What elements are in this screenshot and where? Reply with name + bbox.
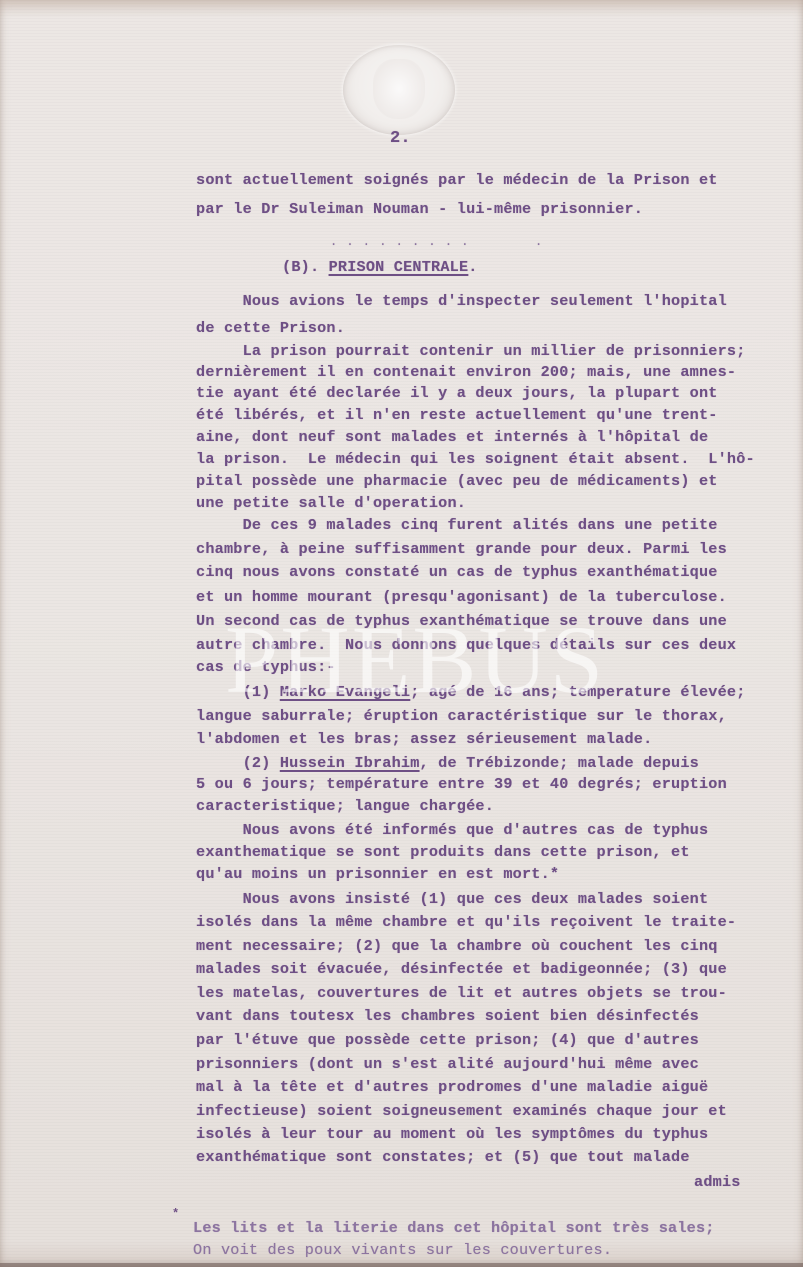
paragraph-line: tie ayant été declarée il y a deux jours… (196, 381, 718, 405)
paragraph-line: les matelas, couvertures de lit et autre… (196, 981, 727, 1005)
paragraph-line: prisonniers (dont un s'est alité aujourd… (196, 1052, 699, 1076)
paragraph-line: qu'au moins un prisonnier en est mort.* (196, 862, 559, 886)
paragraph-line: isolés à leur tour au moment où les symp… (196, 1122, 708, 1146)
paragraph-line: exanthematique se sont produits dans cet… (196, 840, 690, 864)
paragraph-line: Nous avions le temps d'inspecter seuleme… (196, 289, 727, 313)
separator-dots: . . . . . . . . . . (330, 230, 543, 254)
patient-name: Hussein Ibrahim (280, 754, 420, 772)
section-suffix: . (468, 258, 477, 276)
catchword: admis (694, 1170, 741, 1194)
case-details: , de Trébizonde; malade depuis (420, 754, 699, 772)
paragraph-line: De ces 9 malades cinq furent alités dans… (196, 513, 718, 537)
paragraph-line: ment necessaire; (2) que la chambre où c… (196, 934, 718, 958)
paragraph-line: aine, dont neuf sont malades et internés… (196, 425, 708, 449)
paragraph-line: 5 ou 6 jours; température entre 39 et 40… (196, 772, 727, 796)
section-prefix: (B). (282, 258, 329, 276)
embossed-seal-icon (343, 45, 455, 135)
section-heading: (B). PRISON CENTRALE. (282, 255, 478, 279)
document-page: 2. sont actuellement soignés par le méde… (0, 0, 803, 1267)
paragraph-line: l'abdomen et les bras; assez sérieusemen… (196, 727, 652, 751)
paragraph-line: autre chambre. Nous donnons quelques dét… (196, 633, 736, 657)
paragraph-line: infectieuse) soient soigneusement examin… (196, 1099, 727, 1123)
paragraph-line: isolés dans la même chambre et qu'ils re… (196, 910, 736, 934)
footnote-marker: * (172, 1207, 179, 1221)
continuation-line: sont actuellement soignés par le médecin… (196, 168, 718, 192)
patient-name: Marko Evangeli (280, 683, 410, 701)
case-details: ; agé de 16 ans; temperature élevée; (410, 683, 745, 701)
coat-of-arms-icon (373, 59, 425, 119)
page-edge (0, 1263, 803, 1267)
paragraph-line: été libérés, et il n'en reste actuelleme… (196, 403, 718, 427)
paragraph-line: pital possède une pharmacie (avec peu de… (196, 469, 718, 493)
paragraph-line: Nous avons insisté (1) que ces deux mala… (196, 887, 708, 911)
continuation-line: par le Dr Suleiman Nouman - lui-même pri… (196, 197, 643, 221)
footnote-line: On voit des poux vivants sur les couvert… (193, 1238, 612, 1262)
paragraph-line: de cette Prison. (196, 316, 345, 340)
paragraph-line: Nous avons été informés que d'autres cas… (196, 818, 708, 842)
paragraph-line: et un homme mourant (presqu'agonisant) d… (196, 585, 727, 609)
paragraph-line: chambre, à peine suffisamment grande pou… (196, 537, 727, 561)
case-number: (1) (196, 683, 280, 701)
paragraph-line: cas de typhus:- (196, 655, 336, 679)
paragraph-line: une petite salle d'operation. (196, 491, 466, 515)
paragraph-line: cinq nous avons constaté un cas de typhu… (196, 560, 718, 584)
paragraph-line: langue saburrale; éruption caractéristiq… (196, 704, 727, 728)
paragraph-line: caracteristique; langue chargée. (196, 794, 494, 818)
paragraph-line: par l'étuve que possède cette prison; (4… (196, 1028, 699, 1052)
section-title: PRISON CENTRALE (329, 258, 469, 276)
page-number: 2. (390, 127, 411, 151)
case-number: (2) (196, 754, 280, 772)
footnote-line: Les lits et la literie dans cet hôpital … (193, 1216, 715, 1240)
paragraph-line: malades soit évacuée, désinfectée et bad… (196, 957, 727, 981)
paragraph-line: vant dans toutesx les chambres soient bi… (196, 1004, 699, 1028)
case-entry-1: (1) Marko Evangeli; agé de 16 ans; tempe… (196, 680, 746, 704)
paragraph-line: la prison. Le médecin qui les soignent é… (196, 447, 755, 471)
paragraph-line: exanthématique sont constates; et (5) qu… (196, 1145, 690, 1169)
paragraph-line: Un second cas de typhus exanthématique s… (196, 609, 727, 633)
paragraph-line: mal à la tête et d'autres prodromes d'un… (196, 1075, 708, 1099)
